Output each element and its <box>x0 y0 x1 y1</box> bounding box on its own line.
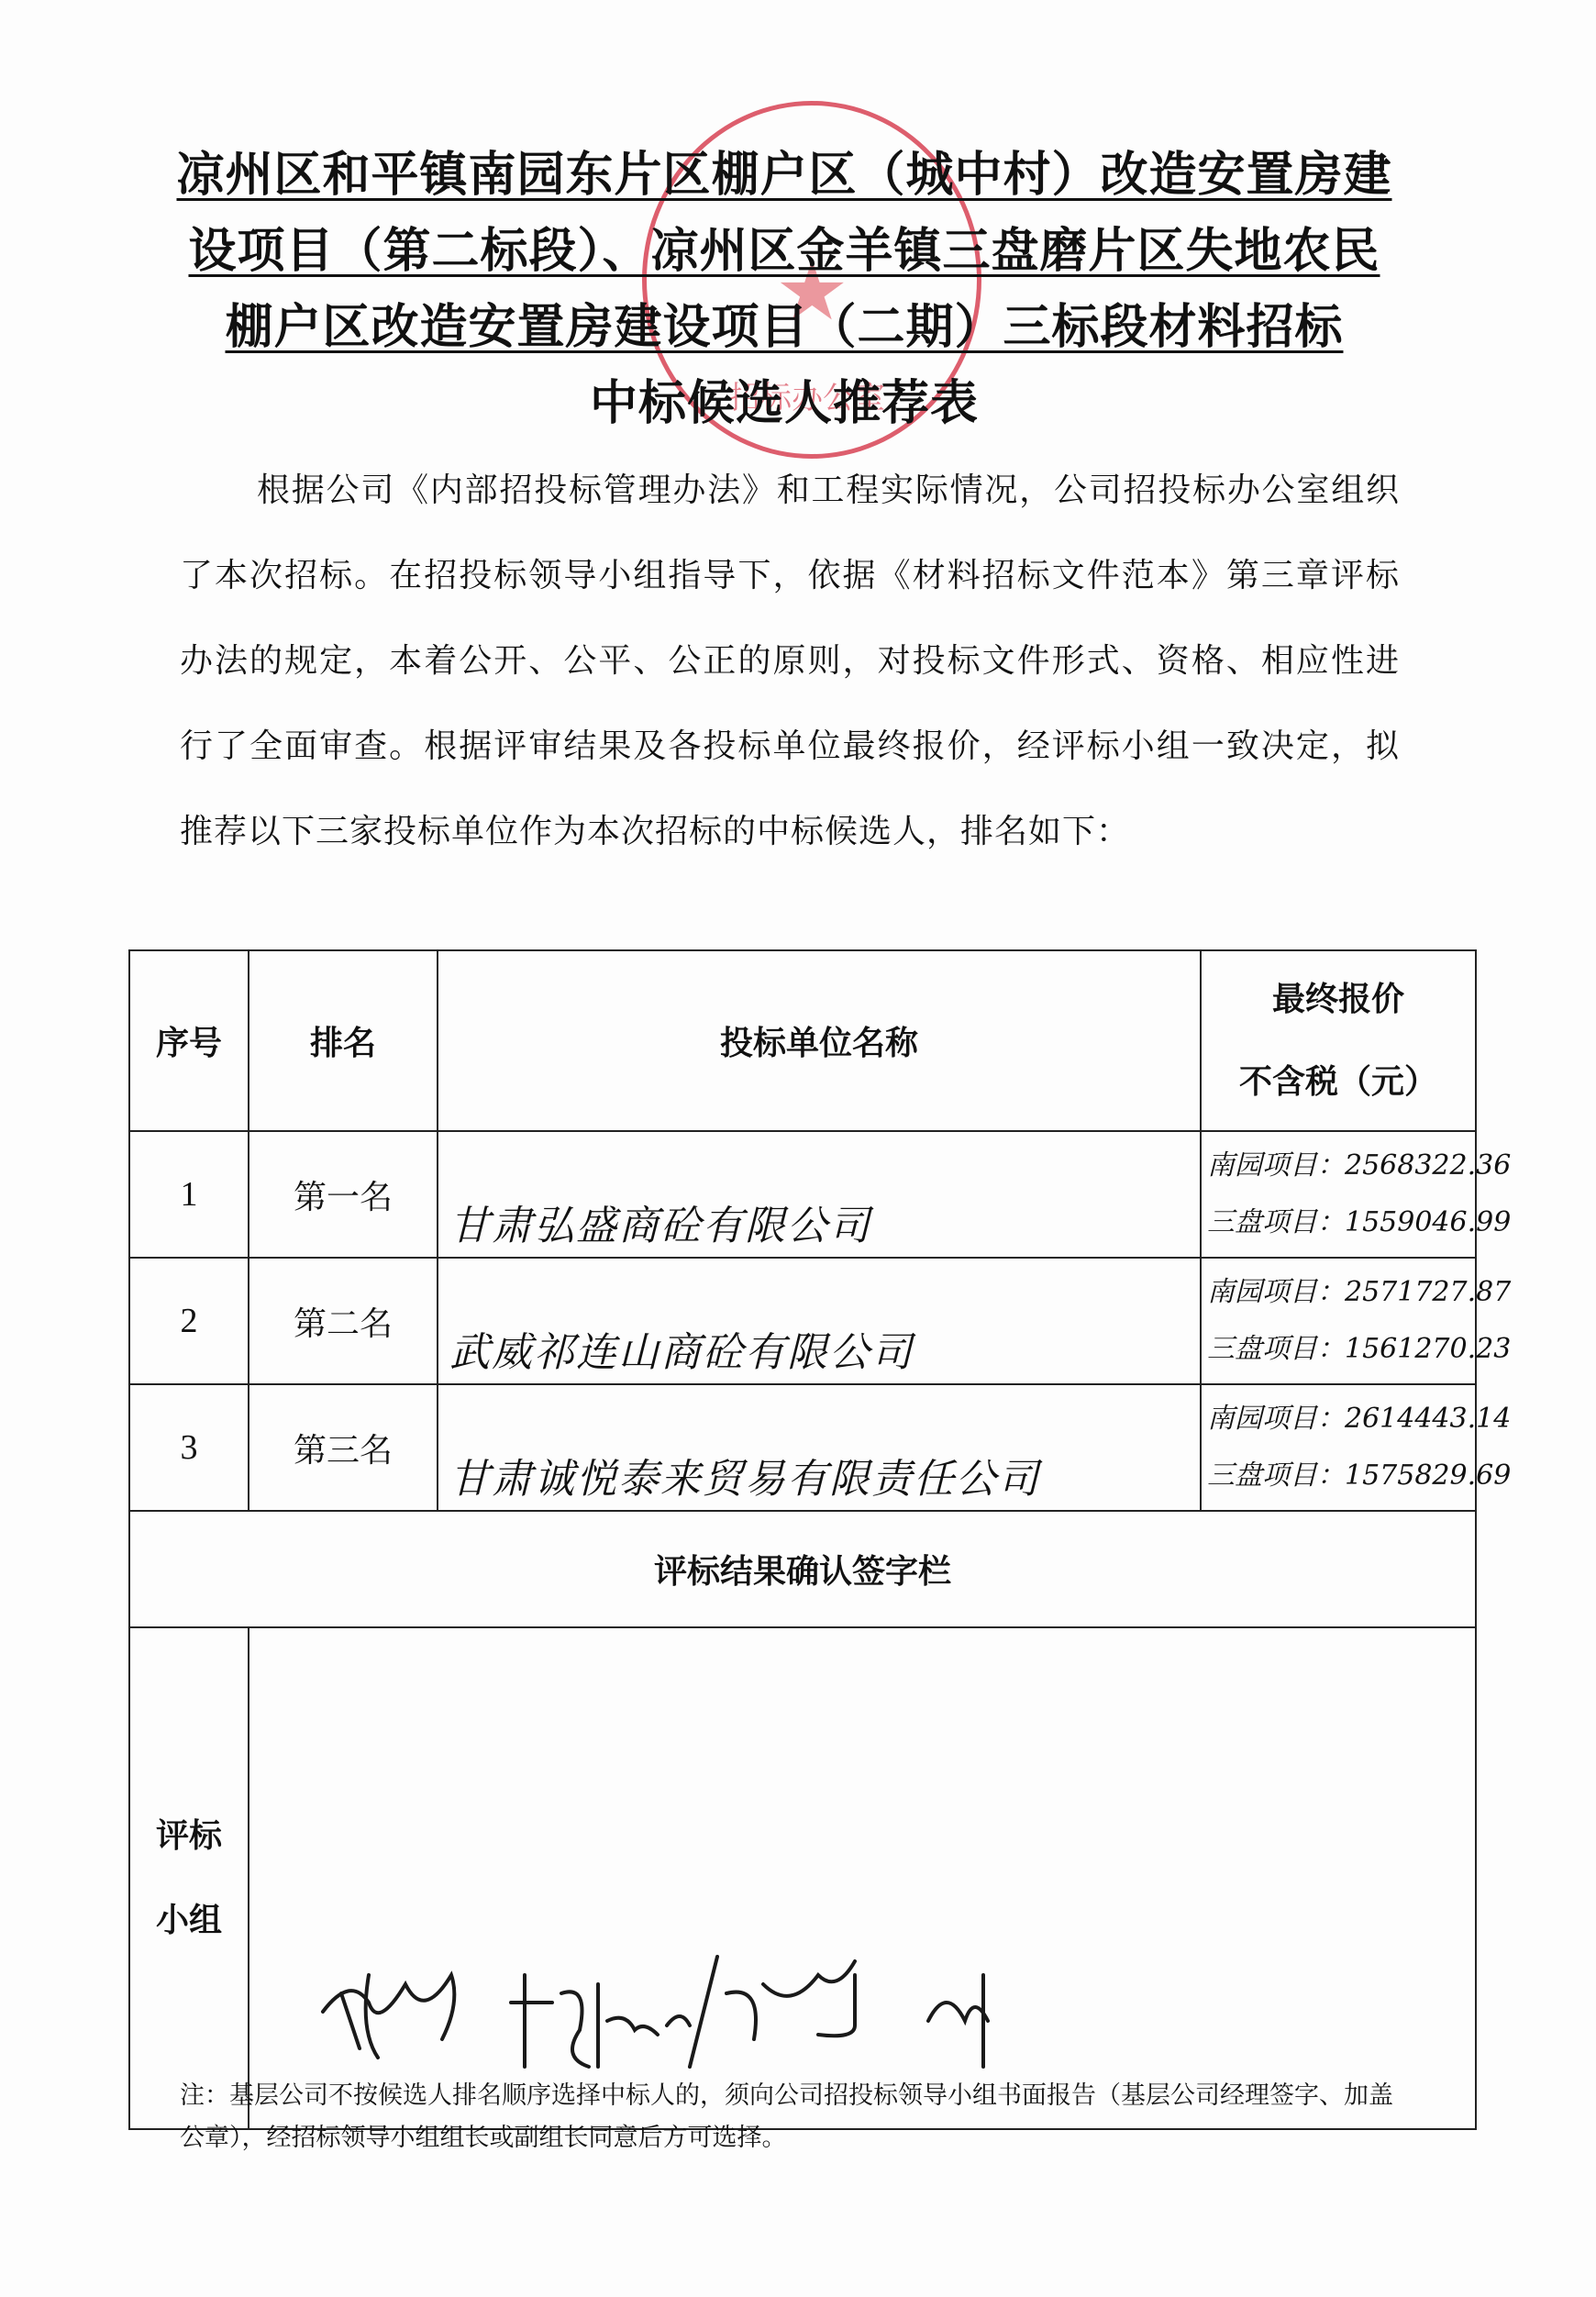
price-nanyuan: 南园项目：2614443.14 <box>1207 1391 1475 1448</box>
table-row: 1 第一名 甘肃弘盛商砼有限公司 南园项目：2568322.36 三盘项目：15… <box>129 1131 1476 1258</box>
row-price: 南园项目：2568322.36 三盘项目：1559046.99 <box>1201 1131 1476 1258</box>
row-seq: 2 <box>129 1258 249 1384</box>
row-company: 甘肃诚悦泰来贸易有限责任公司 <box>438 1384 1201 1511</box>
panel-label-line1: 评标 <box>130 1794 248 1879</box>
price-sanpan: 三盘项目：1575829.69 <box>1207 1448 1475 1504</box>
document-title: 凉州区和平镇南园东片区棚户区（城中村）改造安置房建 设项目（第二标段）、凉州区金… <box>174 138 1394 442</box>
header-rank: 排名 <box>249 950 438 1131</box>
table-row: 2 第二名 武威祁连山商砼有限公司 南园项目：2571727.87 三盘项目：1… <box>129 1258 1476 1384</box>
signature-area <box>249 1627 1476 2129</box>
header-price: 最终报价 不含税（元） <box>1201 950 1476 1131</box>
row-rank: 第二名 <box>249 1258 438 1384</box>
title-line-3: 棚户区改造安置房建设项目（二期）三标段材料招标 <box>174 290 1394 366</box>
row-price: 南园项目：2614443.14 三盘项目：1575829.69 <box>1201 1384 1476 1511</box>
signature-row: 评标 小组 <box>129 1627 1476 2129</box>
panel-label-line2: 小组 <box>130 1879 248 1963</box>
header-price-line2: 不含税（元） <box>1202 1041 1475 1124</box>
header-price-line1: 最终报价 <box>1202 959 1475 1041</box>
title-line-2: 设项目（第二标段）、凉州区金羊镇三盘磨片区失地农民 <box>174 214 1394 290</box>
title-subtitle: 中标候选人推荐表 <box>174 366 1394 442</box>
row-price: 南园项目：2571727.87 三盘项目：1561270.23 <box>1201 1258 1476 1384</box>
title-line-1: 凉州区和平镇南园东片区棚户区（城中村）改造安置房建 <box>174 138 1394 214</box>
price-sanpan: 三盘项目：1559046.99 <box>1207 1194 1475 1251</box>
row-seq: 3 <box>129 1384 249 1511</box>
document-page: ★ 招标办公室 凉州区和平镇南园东片区棚户区（城中村）改造安置房建 设项目（第二… <box>0 0 1596 2297</box>
price-sanpan: 三盘项目：1561270.23 <box>1207 1321 1475 1378</box>
footnote: 注：基层公司不按候选人排名顺序选择中标人的，须向公司招投标领导小组书面报告（基层… <box>180 2075 1409 2159</box>
header-seq: 序号 <box>129 950 249 1131</box>
table-row: 3 第三名 甘肃诚悦泰来贸易有限责任公司 南园项目：2614443.14 三盘项… <box>129 1384 1476 1511</box>
panel-label: 评标 小组 <box>129 1627 249 2129</box>
row-seq: 1 <box>129 1131 249 1258</box>
candidate-table: 序号 排名 投标单位名称 最终报价 不含税（元） 1 第一名 甘肃弘盛商砼有限公… <box>128 949 1477 2130</box>
confirm-label: 评标结果确认签字栏 <box>129 1511 1476 1627</box>
handwritten-signatures-icon <box>305 1938 1130 2076</box>
row-rank: 第三名 <box>249 1384 438 1511</box>
row-company: 甘肃弘盛商砼有限公司 <box>438 1131 1201 1258</box>
header-company: 投标单位名称 <box>438 950 1201 1131</box>
table-header-row: 序号 排名 投标单位名称 最终报价 不含税（元） <box>129 950 1476 1131</box>
price-nanyuan: 南园项目：2568322.36 <box>1207 1137 1475 1194</box>
row-rank: 第一名 <box>249 1131 438 1258</box>
intro-paragraph: 根据公司《内部招投标管理办法》和工程实际情况，公司招投标办公室组织了本次招标。在… <box>180 448 1400 874</box>
confirm-row: 评标结果确认签字栏 <box>129 1511 1476 1627</box>
price-nanyuan: 南园项目：2571727.87 <box>1207 1264 1475 1321</box>
row-company: 武威祁连山商砼有限公司 <box>438 1258 1201 1384</box>
